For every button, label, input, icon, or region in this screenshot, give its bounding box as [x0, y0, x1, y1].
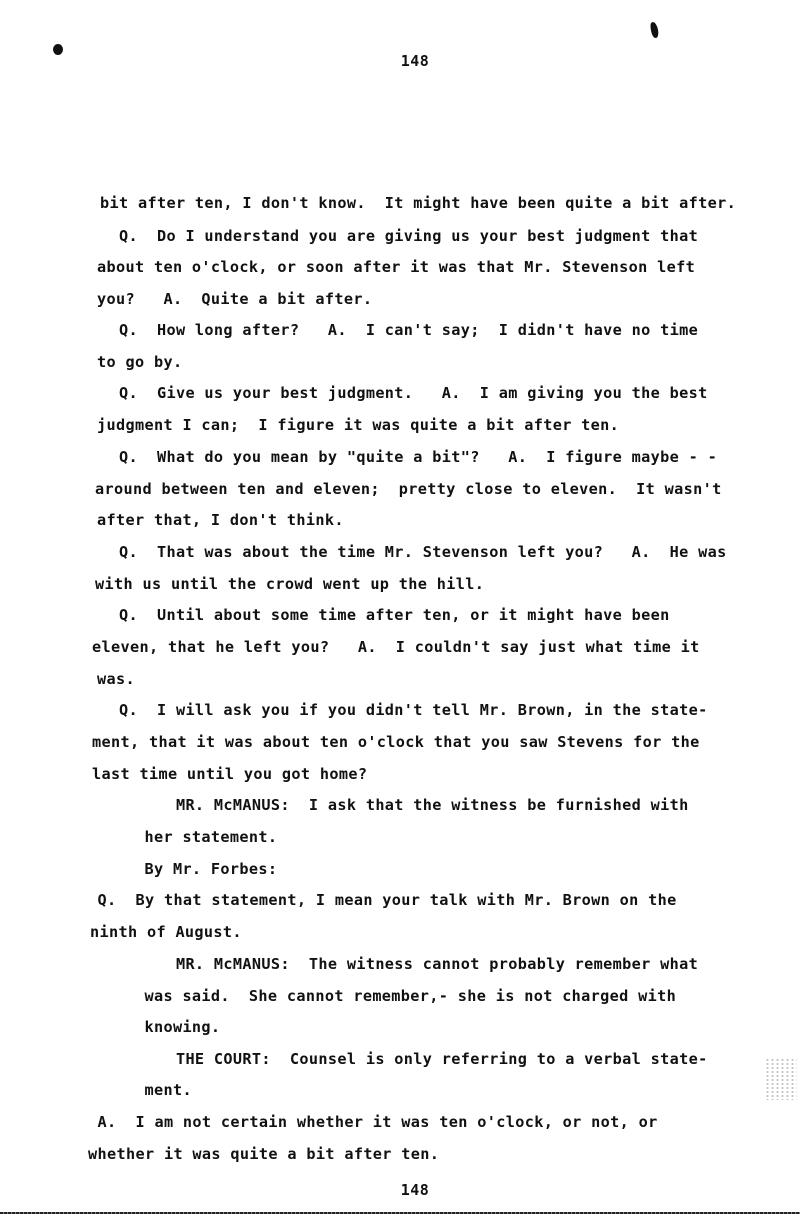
transcript-line: about ten o'clock, or soon after it was …	[97, 257, 695, 277]
transcript-line: knowing.	[97, 1017, 220, 1037]
transcript-line: Q. Until about some time after ten, or i…	[100, 605, 670, 625]
transcript-line: Q. How long after? A. I can't say; I did…	[100, 320, 698, 340]
document-page: 148 bit after ten, I don't know. It migh…	[0, 0, 800, 1217]
transcript-line: Q. I will ask you if you didn't tell Mr.…	[100, 700, 708, 720]
transcript-line: Q. That was about the time Mr. Stevenson…	[100, 542, 727, 562]
transcript-line: ment.	[97, 1080, 192, 1100]
transcript-line: Q. Do I understand you are giving us you…	[100, 226, 698, 246]
transcript-line: Q. By that statement, I mean your talk w…	[88, 890, 677, 910]
transcript-line: ninth of August.	[90, 922, 242, 942]
transcript-line: eleven, that he left you? A. I couldn't …	[92, 637, 700, 657]
transcript-line: bit after ten, I don't know. It might ha…	[100, 193, 736, 213]
scan-smudge	[765, 1058, 797, 1100]
transcript-line: with us until the crowd went up the hill…	[95, 574, 484, 594]
transcript-line: last time until you got home?	[92, 764, 367, 784]
transcript-line: THE COURT: Counsel is only referring to …	[100, 1049, 708, 1069]
transcript-line: MR. McMANUS: I ask that the witness be f…	[100, 795, 689, 815]
transcript-line: after that, I don't think.	[97, 510, 344, 530]
ink-mark	[650, 22, 660, 39]
transcript-line: around between ten and eleven; pretty cl…	[95, 479, 722, 499]
page-number-top: 148	[0, 52, 800, 70]
transcript-line: her statement.	[97, 827, 277, 847]
transcript-line: Q. Give us your best judgment. A. I am g…	[100, 383, 708, 403]
transcript-line: By Mr. Forbes:	[97, 859, 277, 879]
transcript-line: was.	[97, 669, 135, 689]
transcript-line: ment, that it was about ten o'clock that…	[92, 732, 700, 752]
transcript-line: to go by.	[97, 352, 182, 372]
page-number-bottom: 148	[0, 1181, 800, 1199]
page-bottom-edge	[0, 1212, 800, 1214]
transcript-line: A. I am not certain whether it was ten o…	[88, 1112, 658, 1132]
transcript-line: judgment I can; I figure it was quite a …	[97, 415, 619, 435]
transcript-line: was said. She cannot remember,- she is n…	[97, 986, 676, 1006]
transcript-line: whether it was quite a bit after ten.	[88, 1144, 439, 1164]
transcript-line: you? A. Quite a bit after.	[97, 289, 372, 309]
transcript-line: Q. What do you mean by "quite a bit"? A.…	[100, 447, 717, 467]
transcript-line: MR. McMANUS: The witness cannot probably…	[100, 954, 698, 974]
